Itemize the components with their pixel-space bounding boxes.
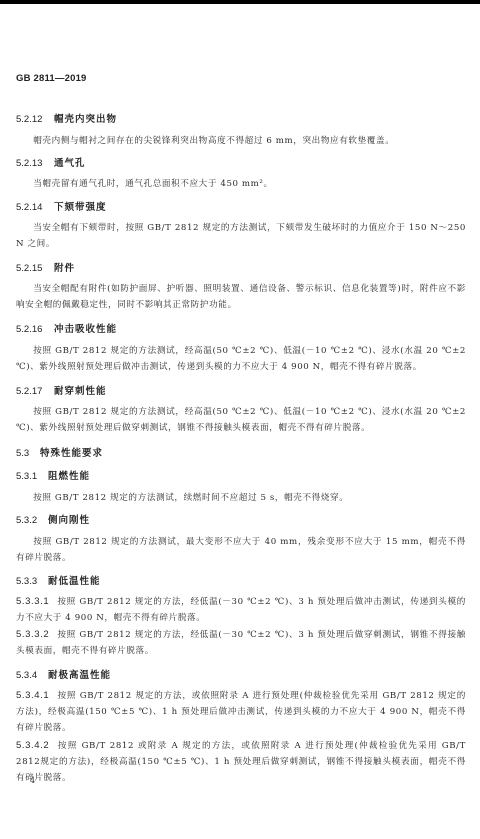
section-heading-5-3-1: 5.3.1阻燃性能 [16,468,90,482]
section-text-5-2-17: 按照 GB/T 2812 规定的方法测试，经高温(50 ℃±2 ℃)、低温(－1… [16,404,466,436]
clause-5-3-3-1: 5.3.3.1按照 GB/T 2812 规定的方法，经低温(－30 ℃±2 ℃)… [16,594,466,626]
section-heading-5-2-13: 5.2.13通气孔 [16,155,86,169]
section-heading-5-3-3: 5.3.3耐低温性能 [16,573,101,587]
section-text-5-2-13: 当帽壳留有通气孔时，通气孔总面积不应大于 450 mm²。 [16,176,466,192]
section-heading-5-2-16: 5.2.16冲击吸收性能 [16,321,117,335]
section-text-5-2-15: 当安全帽配有附件(如防护面屏、护听器、照明装置、通信设备、警示标识、信息化装置等… [16,281,466,313]
document-code: GB 2811—2019 [16,73,87,84]
clause-5-3-3-2: 5.3.3.2按照 GB/T 2812 规定的方法，经低温(－30 ℃±2 ℃)… [16,627,466,659]
section-heading-5-2-15: 5.2.15附件 [16,260,75,274]
section-text-5-2-14: 当安全帽有下颏带时，按照 GB/T 2812 规定的方法测试，下颏带发生破坏时的… [16,220,466,252]
section-text-5-2-16: 按照 GB/T 2812 规定的方法测试，经高温(50 ℃±2 ℃)、低温(－1… [16,343,466,375]
section-heading-5-3: 5.3特殊性能要求 [16,445,103,459]
section-text-5-3-1: 按照 GB/T 2812 规定的方法测试，续燃时间不应超过 5 s，帽壳不得烧穿… [16,490,466,506]
clause-5-3-4-2: 5.3.4.2按照 GB/T 2812 或附录 A 规定的方法，或依照附录 A … [16,738,466,786]
clause-5-3-4-1: 5.3.4.1按照 GB/T 2812 规定的方法，或依照附录 A 进行预处理(… [16,688,466,736]
section-heading-5-2-17: 5.2.17耐穿刺性能 [16,383,107,397]
section-text-5-2-12: 帽壳内侧与帽衬之间存在的尖锐锋利突出物高度不得超过 6 mm，突出物应有软垫覆盖… [16,133,466,149]
section-heading-5-3-4: 5.3.4耐极高温性能 [16,667,111,681]
document-page[interactable]: GB 2811—2019 5.2.12帽壳内突出物 帽壳内侧与帽衬之间存在的尖锐… [0,0,480,839]
section-heading-5-2-12: 5.2.12帽壳内突出物 [16,111,117,125]
section-text-5-3-2: 按照 GB/T 2812 规定的方法测试，最大变形不应大于 40 mm，残余变形… [16,534,466,566]
section-heading-5-2-14: 5.2.14下颏带强度 [16,199,107,213]
page-number: 4 [30,776,35,785]
section-heading-5-3-2: 5.3.2侧向刚性 [16,512,90,526]
